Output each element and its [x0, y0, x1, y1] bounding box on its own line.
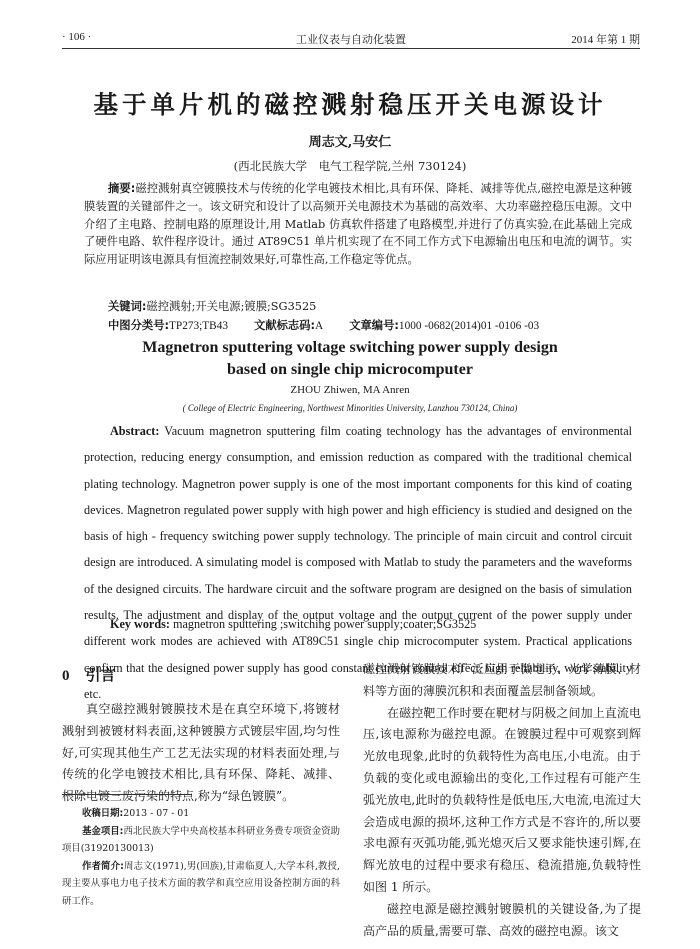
keywords-cn-text: 磁控溅射;开关电源;镀膜;SG3525 [146, 300, 316, 313]
article-no-value: 1000 -0682(2014)01 -0106 -03 [399, 320, 539, 332]
left-column: 真空磁控溅射镀膜技术是在真空环境下,将镀材溅射到被镀材料表面,这种镀膜方式镀层牢… [62, 699, 340, 808]
right-paragraph-1: 在磁控靶工作时要在靶材与阴极之间加上直流电压,该电源称为磁控电源。在镀膜过程中可… [363, 703, 641, 899]
keywords-en-text: magnetron sputtering ;switching power su… [173, 617, 476, 631]
fund-label: 基金项目: [82, 826, 123, 837]
paper-title-en-line1: Magnetron sputtering voltage switching p… [0, 339, 700, 357]
abstract-cn-text: 磁控溅射真空镀膜技术与传统的化学电镀技术相比,具有环保、降耗、减排等优点,磁控电… [84, 182, 632, 266]
section-number: 0 [62, 668, 70, 684]
right-paragraph-0: 磁控溅射镀膜技术广泛应用于微电子、光学薄膜、材料等方面的薄膜沉积和表面覆盖层制备… [363, 659, 641, 703]
clc-value: TP273;TB43 [169, 320, 228, 332]
article-no-label: 文章编号: [349, 319, 399, 332]
affiliation-en: ( College of Electric Engineering, North… [0, 403, 700, 413]
affiliation-cn: (西北民族大学 电气工程学院,兰州 730124) [0, 158, 700, 174]
keywords-cn: 关键词:磁控溅射;开关电源;镀膜;SG3525 [108, 298, 316, 314]
footnote-fund: 基金项目:西北民族大学中央高校基本科研业务费专项资金资助项目(319201300… [62, 823, 340, 858]
doc-code-label: 文献标志码: [254, 319, 315, 332]
footnote-bio: 作者简介:周志文(1971),男(回族),甘肃临夏人,大学本科,教授,现主要从事… [62, 858, 340, 911]
left-paragraph-1: 真空磁控溅射镀膜技术是在真空环境下,将镀材溅射到被镀材料表面,这种镀膜方式镀层牢… [62, 699, 340, 808]
right-paragraph-2: 磁控电源是磁控溅射镀膜机的关键设备,为了提高产品的质量,需要可靠、高效的磁控电源… [363, 899, 641, 943]
keywords-cn-label: 关键词: [108, 300, 146, 313]
bio-label: 作者简介: [82, 861, 124, 872]
authors-en: ZHOU Zhiwen, MA Anren [0, 384, 700, 396]
received-label: 收稿日期: [82, 808, 123, 819]
clc-label: 中图分类号: [108, 319, 169, 332]
footnote-received: 收稿日期:2013 - 07 - 01 [62, 805, 340, 823]
classification-line: 中图分类号:TP273;TB43文献标志码:A文章编号:1000 -0682(2… [108, 317, 539, 333]
section-title: 引言 [86, 666, 116, 684]
running-header: · 106 · 工业仪表与自动化装置 2014 年第 1 期 [62, 30, 640, 49]
abstract-cn-label: 摘要: [108, 182, 135, 195]
abstract-cn: 摘要:磁控溅射真空镀膜技术与传统的化学电镀技术相比,具有环保、降耗、减排等优点,… [84, 180, 632, 269]
right-column: 磁控溅射镀膜技术广泛应用于微电子、光学薄膜、材料等方面的薄膜沉积和表面覆盖层制备… [363, 659, 641, 942]
abstract-en-label: Abstract: [110, 424, 159, 438]
doc-code-value: A [315, 320, 323, 332]
authors-cn: 周志文,马安仁 [0, 131, 700, 150]
keywords-en-label: Key words: [110, 617, 170, 631]
issue-label: 2014 年第 1 期 [571, 31, 640, 47]
footnotes: 收稿日期:2013 - 07 - 01 基金项目:西北民族大学中央高校基本科研业… [62, 805, 340, 910]
footnote-divider [62, 794, 192, 795]
journal-name: 工业仪表与自动化装置 [62, 31, 640, 47]
paper-title-cn: 基于单片机的磁控溅射稳压开关电源设计 [0, 86, 700, 121]
keywords-en: Key words: magnetron sputtering ;switchi… [110, 617, 476, 632]
paper-title-en-line2: based on single chip microcomputer [0, 361, 700, 379]
received-value: 2013 - 07 - 01 [123, 808, 189, 819]
section-heading: 0引言 [62, 664, 116, 685]
